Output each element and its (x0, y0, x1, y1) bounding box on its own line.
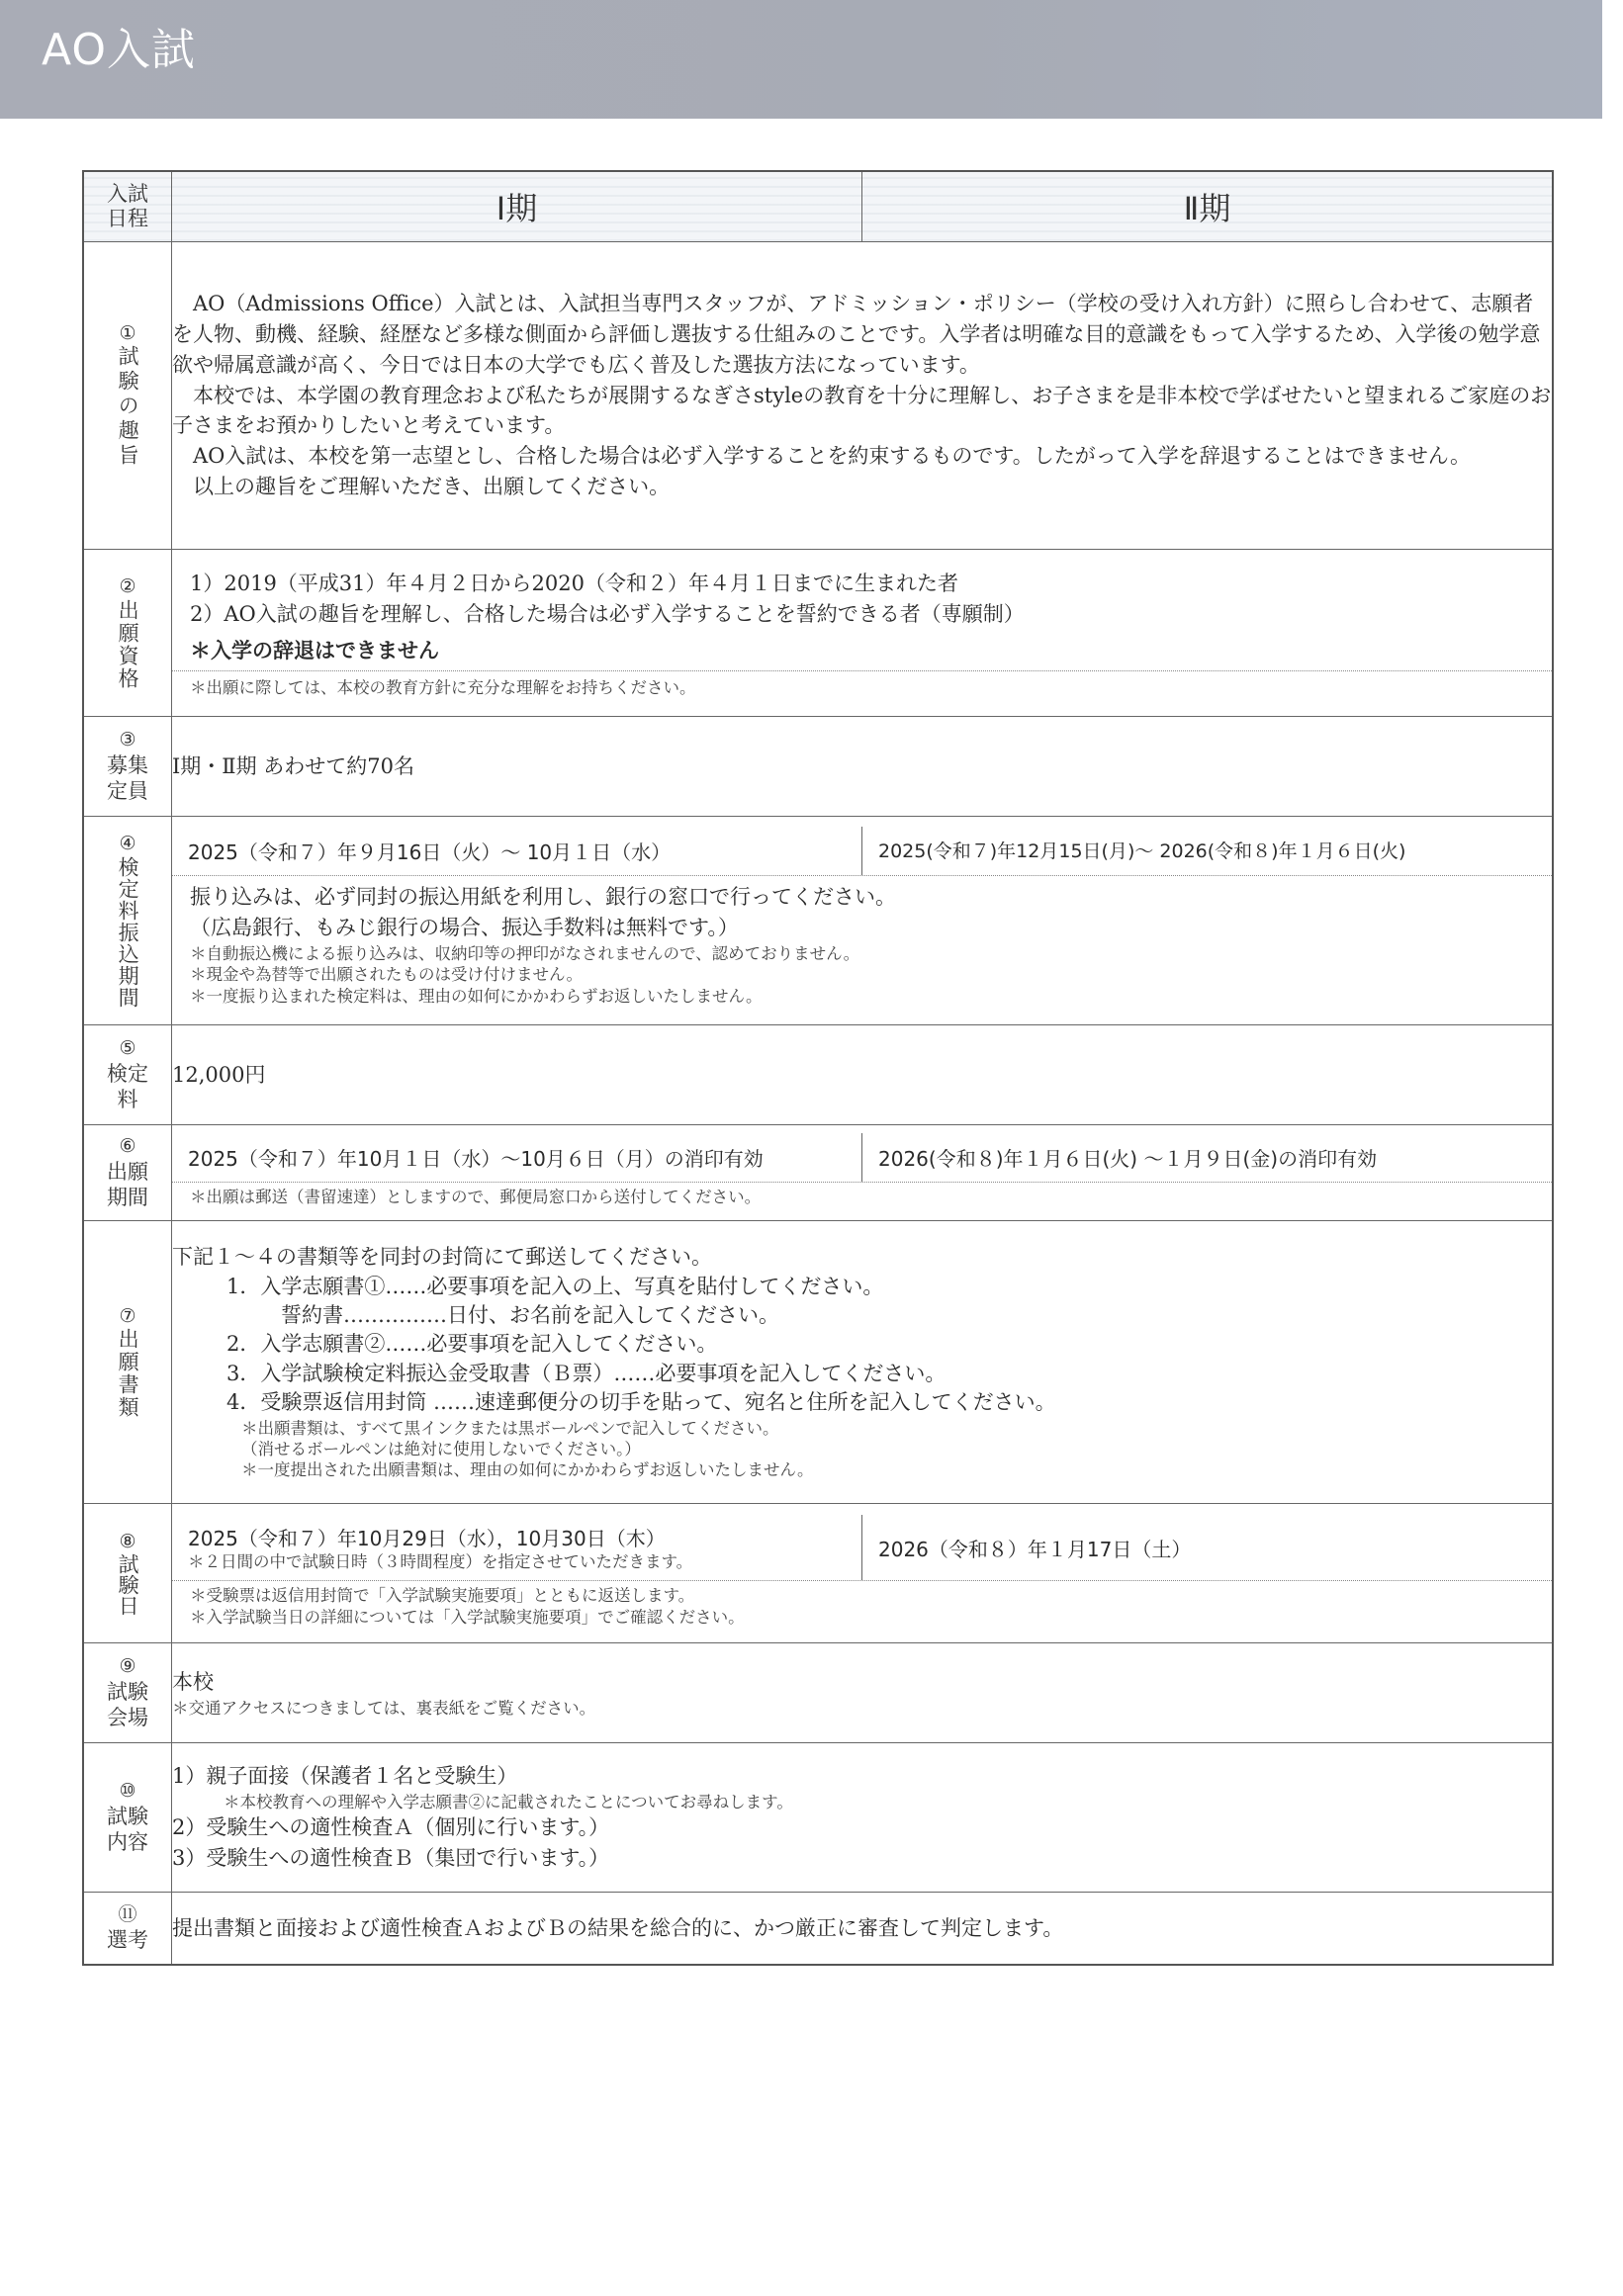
exam-content-item: 2）受験生への適性検査Ａ（個別に行います。） (172, 1812, 1552, 1843)
application-period-note: ＊出願は郵送（書留速達）としますので、郵便局窓口から送付してください。 (172, 1183, 1552, 1211)
exam-date-note: ＊入学試験当日の詳細については「入学試験実施要項」でご確認ください。 (190, 1607, 1534, 1628)
row-label: ① 試験の趣旨 (83, 242, 172, 550)
selection-value: 提出書類と面接および適性検査ＡおよびＢの結果を総合的に、かつ厳正に審査して判定し… (172, 1893, 1554, 1966)
exam-date-content: 2025（令和７）年10月29日（水），10月30日（木） ＊２日間の中で試験日… (172, 1504, 1554, 1643)
row-exam-date: ⑧ 試験日 2025（令和７）年10月29日（水），10月30日（木） ＊２日間… (83, 1504, 1553, 1643)
payment-note: ＊自動振込機による振り込みは、収納印等の押印がなされませんので、認めておりません… (190, 943, 1534, 964)
page-banner: AO入試 (0, 0, 1602, 119)
period-2-exam-date: 2026（令和８）年１月17日（土） (861, 1515, 1552, 1580)
schedule-label: 入試日程 (83, 171, 172, 242)
period-2-header: Ⅱ期 (862, 172, 1552, 241)
admissions-table: 入試日程 Ⅰ期 Ⅱ期 ① 試験の趣旨 AO（Admissions Office）… (82, 170, 1554, 1966)
payment-note: ＊現金や為替等で出願されたものは受け付けません。 (190, 964, 1534, 985)
capacity-value: Ⅰ期・Ⅱ期 あわせて約70名 (172, 717, 1554, 817)
exam-content-note: ＊本校教育への理解や入学志願書②に記載されたことについてお尋ねします。 (172, 1792, 1552, 1812)
exam-venue-content: 本校 ＊交通アクセスにつきましては、裏表紙をご覧ください。 (172, 1643, 1554, 1743)
row-label: ⑨ 試験会場 (83, 1643, 172, 1743)
page-title: AO入試 (42, 14, 196, 77)
row-label: ④ 検定料振込期間 (83, 817, 172, 1025)
row-label: ⑧ 試験日 (83, 1504, 172, 1643)
eligibility-item: 2）AO入試の趣旨を理解し、合格した場合は必ず入学することを誓約できる者（専願制… (190, 599, 1534, 630)
application-documents-content: 下記１～４の書類等を同封の封筒にて郵送してください。 1．入学志願書①……必要事… (172, 1221, 1554, 1504)
document-item: 1．入学志願書①……必要事項を記入の上、写真を貼付してください。 (172, 1273, 1552, 1301)
application-period-content: 2025（令和７）年10月１日（水）～10月６日（月）の消印有効 2026(令和… (172, 1125, 1554, 1221)
venue-value: 本校 (172, 1667, 1552, 1698)
row-exam-content: ⑩ 試験内容 1）親子面接（保護者１名と受験生） ＊本校教育への理解や入学志願書… (83, 1743, 1553, 1893)
purpose-paragraph: 本校では、本学園の教育理念および私たちが展開するなぎさstyleの教育を十分に理… (172, 381, 1552, 442)
fee-payment-content: 2025（令和７）年９月16日（火）～ 10月１日（水） 2025(令和７)年1… (172, 817, 1554, 1025)
period-2-application-dates: 2026(令和８)年１月６日(火) ～１月９日(金)の消印有効 (861, 1133, 1552, 1182)
row-label: ⑥ 出願期間 (83, 1125, 172, 1221)
document-item: 3．入学試験検定料振込金受取書（Ｂ票）……必要事項を記入してください。 (172, 1360, 1552, 1388)
documents-note: ＊出願書類は、すべて黒インクまたは黒ボールペンで記入してください。 (172, 1418, 1552, 1439)
document-item: 誓約書……………日付、お名前を記入してください。 (172, 1301, 1552, 1330)
row-capacity: ③ 募集定員 Ⅰ期・Ⅱ期 あわせて約70名 (83, 717, 1553, 817)
exam-date-note: ＊受験票は返信用封筒で「入学試験実施要項」とともに返送します。 (190, 1585, 1534, 1606)
row-application-documents: ⑦ 出願書類 下記１～４の書類等を同封の封筒にて郵送してください。 1．入学志願… (83, 1221, 1553, 1504)
period-2-payment-dates: 2025(令和７)年12月15日(月)～ 2026(令和８)年１月６日(火) (861, 827, 1552, 875)
exam-fee-value: 12,000円 (172, 1025, 1554, 1125)
row-label: ⑪ 選考 (83, 1893, 172, 1966)
document-item: 4．受験票返信用封筒 ……速達郵便分の切手を貼って、宛名と住所を記入してください… (172, 1388, 1552, 1417)
row-label: ② 出願資格 (83, 550, 172, 717)
period-headers: Ⅰ期 Ⅱ期 (172, 171, 1554, 242)
documents-note: （消せるボールペンは絶対に使用しないでください。） (172, 1439, 1552, 1459)
exam-content-item: 1）親子面接（保護者１名と受験生） (172, 1761, 1552, 1792)
row-exam-purpose: ① 試験の趣旨 AO（Admissions Office）入試とは、入試担当専門… (83, 242, 1553, 550)
row-label: ⑦ 出願書類 (83, 1221, 172, 1504)
payment-instruction: （広島銀行、もみじ銀行の場合、振込手数料は無料です。） (190, 913, 1534, 943)
purpose-paragraph: AO入試は、本校を第一志望とし、合格した場合は必ず入学することを約束するものです… (172, 441, 1552, 472)
purpose-paragraph: 以上の趣旨をご理解いただき、出願してください。 (172, 472, 1552, 502)
payment-instruction: 振り込みは、必ず同封の振込用紙を利用し、銀行の窓口で行ってください。 (190, 882, 1534, 913)
exam-content-list: 1）親子面接（保護者１名と受験生） ＊本校教育への理解や入学志願書②に記載された… (172, 1743, 1554, 1893)
venue-note: ＊交通アクセスにつきましては、裏表紙をご覧ください。 (172, 1698, 1552, 1719)
row-fee-payment-period: ④ 検定料振込期間 2025（令和７）年９月16日（火）～ 10月１日（水） 2… (83, 817, 1553, 1025)
row-eligibility: ② 出願資格 1）2019（平成31）年４月２日から2020（令和２）年４月１日… (83, 550, 1553, 717)
payment-note: ＊一度振り込まれた検定料は、理由の如何にかかわらずお返しいたしません。 (190, 986, 1534, 1007)
documents-note: ＊一度提出された出願書類は、理由の如何にかかわらずお返しいたしません。 (172, 1459, 1552, 1480)
eligibility-item: 1）2019（平成31）年４月２日から2020（令和２）年４月１日までに生まれた… (190, 569, 1534, 599)
documents-intro: 下記１～４の書類等を同封の封筒にて郵送してください。 (172, 1243, 1552, 1272)
row-selection: ⑪ 選考 提出書類と面接および適性検査ＡおよびＢの結果を総合的に、かつ厳正に審査… (83, 1893, 1553, 1966)
schedule-header-row: 入試日程 Ⅰ期 Ⅱ期 (83, 171, 1553, 242)
exam-content-item: 3）受験生への適性検査Ｂ（集団で行います。） (172, 1843, 1552, 1874)
eligibility-note: ＊出願に際しては、本校の教育方針に充分な理解をお持ちください。 (172, 670, 1552, 704)
row-exam-fee: ⑤ 検定料 12,000円 (83, 1025, 1553, 1125)
row-label: ⑤ 検定料 (83, 1025, 172, 1125)
purpose-paragraph: AO（Admissions Office）入試とは、入試担当専門スタッフが、アド… (172, 289, 1552, 381)
period-1-header: Ⅰ期 (172, 172, 862, 241)
period-1-exam-dates: 2025（令和７）年10月29日（水），10月30日（木） ＊２日間の中で試験日… (172, 1515, 861, 1580)
period-1-application-dates: 2025（令和７）年10月１日（水）～10月６日（月）の消印有効 (172, 1133, 861, 1182)
row-label: ③ 募集定員 (83, 717, 172, 817)
period-1-payment-dates: 2025（令和７）年９月16日（火）～ 10月１日（水） (172, 827, 861, 875)
exam-purpose-content: AO（Admissions Office）入試とは、入試担当専門スタッフが、アド… (172, 242, 1554, 550)
no-withdrawal-notice: ＊入学の辞退はできません (190, 636, 1534, 666)
row-label: ⑩ 試験内容 (83, 1743, 172, 1893)
row-application-period: ⑥ 出願期間 2025（令和７）年10月１日（水）～10月６日（月）の消印有効 … (83, 1125, 1553, 1221)
row-exam-venue: ⑨ 試験会場 本校 ＊交通アクセスにつきましては、裏表紙をご覧ください。 (83, 1643, 1553, 1743)
eligibility-content: 1）2019（平成31）年４月２日から2020（令和２）年４月１日までに生まれた… (172, 550, 1554, 717)
document-item: 2．入学志願書②……必要事項を記入してください。 (172, 1330, 1552, 1359)
